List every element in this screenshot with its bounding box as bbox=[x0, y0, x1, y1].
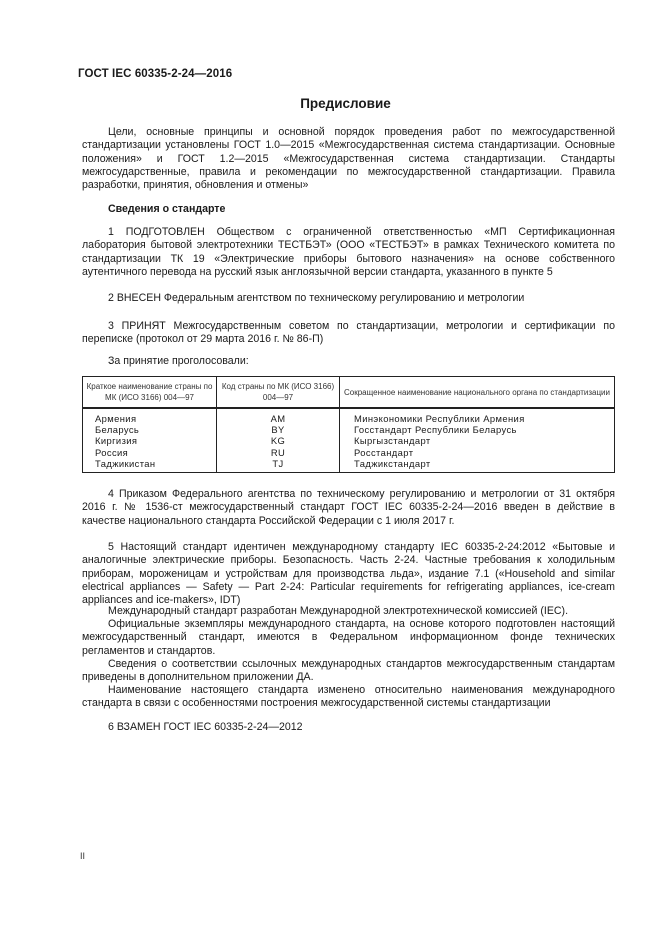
intro-paragraph: Цели, основные принципы и основной поряд… bbox=[82, 126, 615, 192]
votes-table: Краткое наименование страны по МК (ИСО 3… bbox=[82, 376, 615, 473]
country-code: KG bbox=[217, 435, 340, 446]
standards-body: Минэкономики Республики Армения bbox=[340, 408, 615, 424]
item-5-identical: 5 Настоящий стандарт идентичен междунаро… bbox=[82, 541, 615, 607]
table-row: Беларусь BY Госстандарт Республики Белар… bbox=[83, 424, 615, 435]
item-3-adopted: 3 ПРИНЯТ Межгосударственным советом по с… bbox=[82, 320, 615, 347]
standards-body: Госстандарт Республики Беларусь bbox=[340, 424, 615, 435]
section-heading: Сведения о стандарте bbox=[108, 203, 225, 215]
table-row: Армения AM Минэкономики Республики Армен… bbox=[83, 408, 615, 424]
header-standards-body: Сокращенное наименование национального о… bbox=[340, 377, 615, 409]
standards-body: Росстандарт bbox=[340, 447, 615, 458]
item-5-name-changed: Наименование настоящего стандарта измене… bbox=[82, 684, 615, 711]
standards-body: Кыргызстандарт bbox=[340, 435, 615, 446]
votes-label: За принятие проголосовали: bbox=[82, 355, 615, 368]
country-code: TJ bbox=[217, 458, 340, 473]
header-country-name: Краткое наименование страны по МК (ИСО 3… bbox=[83, 377, 217, 409]
table-row: Таджикистан TJ Таджикстандарт bbox=[83, 458, 615, 473]
item-4-enacted: 4 Приказом Федерального агентства по тех… bbox=[82, 488, 615, 528]
country-name: Таджикистан bbox=[83, 458, 217, 473]
item-5-official-copies: Официальные экземпляры международного ст… bbox=[82, 618, 615, 658]
country-code: BY bbox=[217, 424, 340, 435]
country-code: AM bbox=[217, 408, 340, 424]
item-5-references: Сведения о соответствии ссылочных междун… bbox=[82, 658, 615, 685]
country-name: Киргизия bbox=[83, 435, 217, 446]
country-name: Армения bbox=[83, 408, 217, 424]
header-country-code: Код страны по МК (ИСО 3166) 004—97 bbox=[217, 377, 340, 409]
document-page: ГОСТ IEC 60335-2-24—2016 Предисловие Цел… bbox=[0, 0, 661, 936]
item-6-replaces: 6 ВЗАМЕН ГОСТ IEC 60335-2-24—2012 bbox=[82, 721, 615, 734]
country-name: Россия bbox=[83, 447, 217, 458]
page-number: II bbox=[80, 851, 85, 861]
table-row: Киргизия KG Кыргызстандарт bbox=[83, 435, 615, 446]
table-row: Россия RU Росстандарт bbox=[83, 447, 615, 458]
item-2-introduced: 2 ВНЕСЕН Федеральным агентством по техни… bbox=[82, 292, 615, 305]
page-title: Предисловие bbox=[0, 96, 661, 111]
country-code: RU bbox=[217, 447, 340, 458]
document-code: ГОСТ IEC 60335-2-24—2016 bbox=[78, 68, 232, 80]
country-name: Беларусь bbox=[83, 424, 217, 435]
table-header-row: Краткое наименование страны по МК (ИСО 3… bbox=[83, 377, 615, 409]
item-1-prepared: 1 ПОДГОТОВЛЕН Обществом с ограниченной о… bbox=[82, 226, 615, 279]
item-5-developer: Международный стандарт разработан Междун… bbox=[82, 605, 615, 618]
standards-body: Таджикстандарт bbox=[340, 458, 615, 473]
